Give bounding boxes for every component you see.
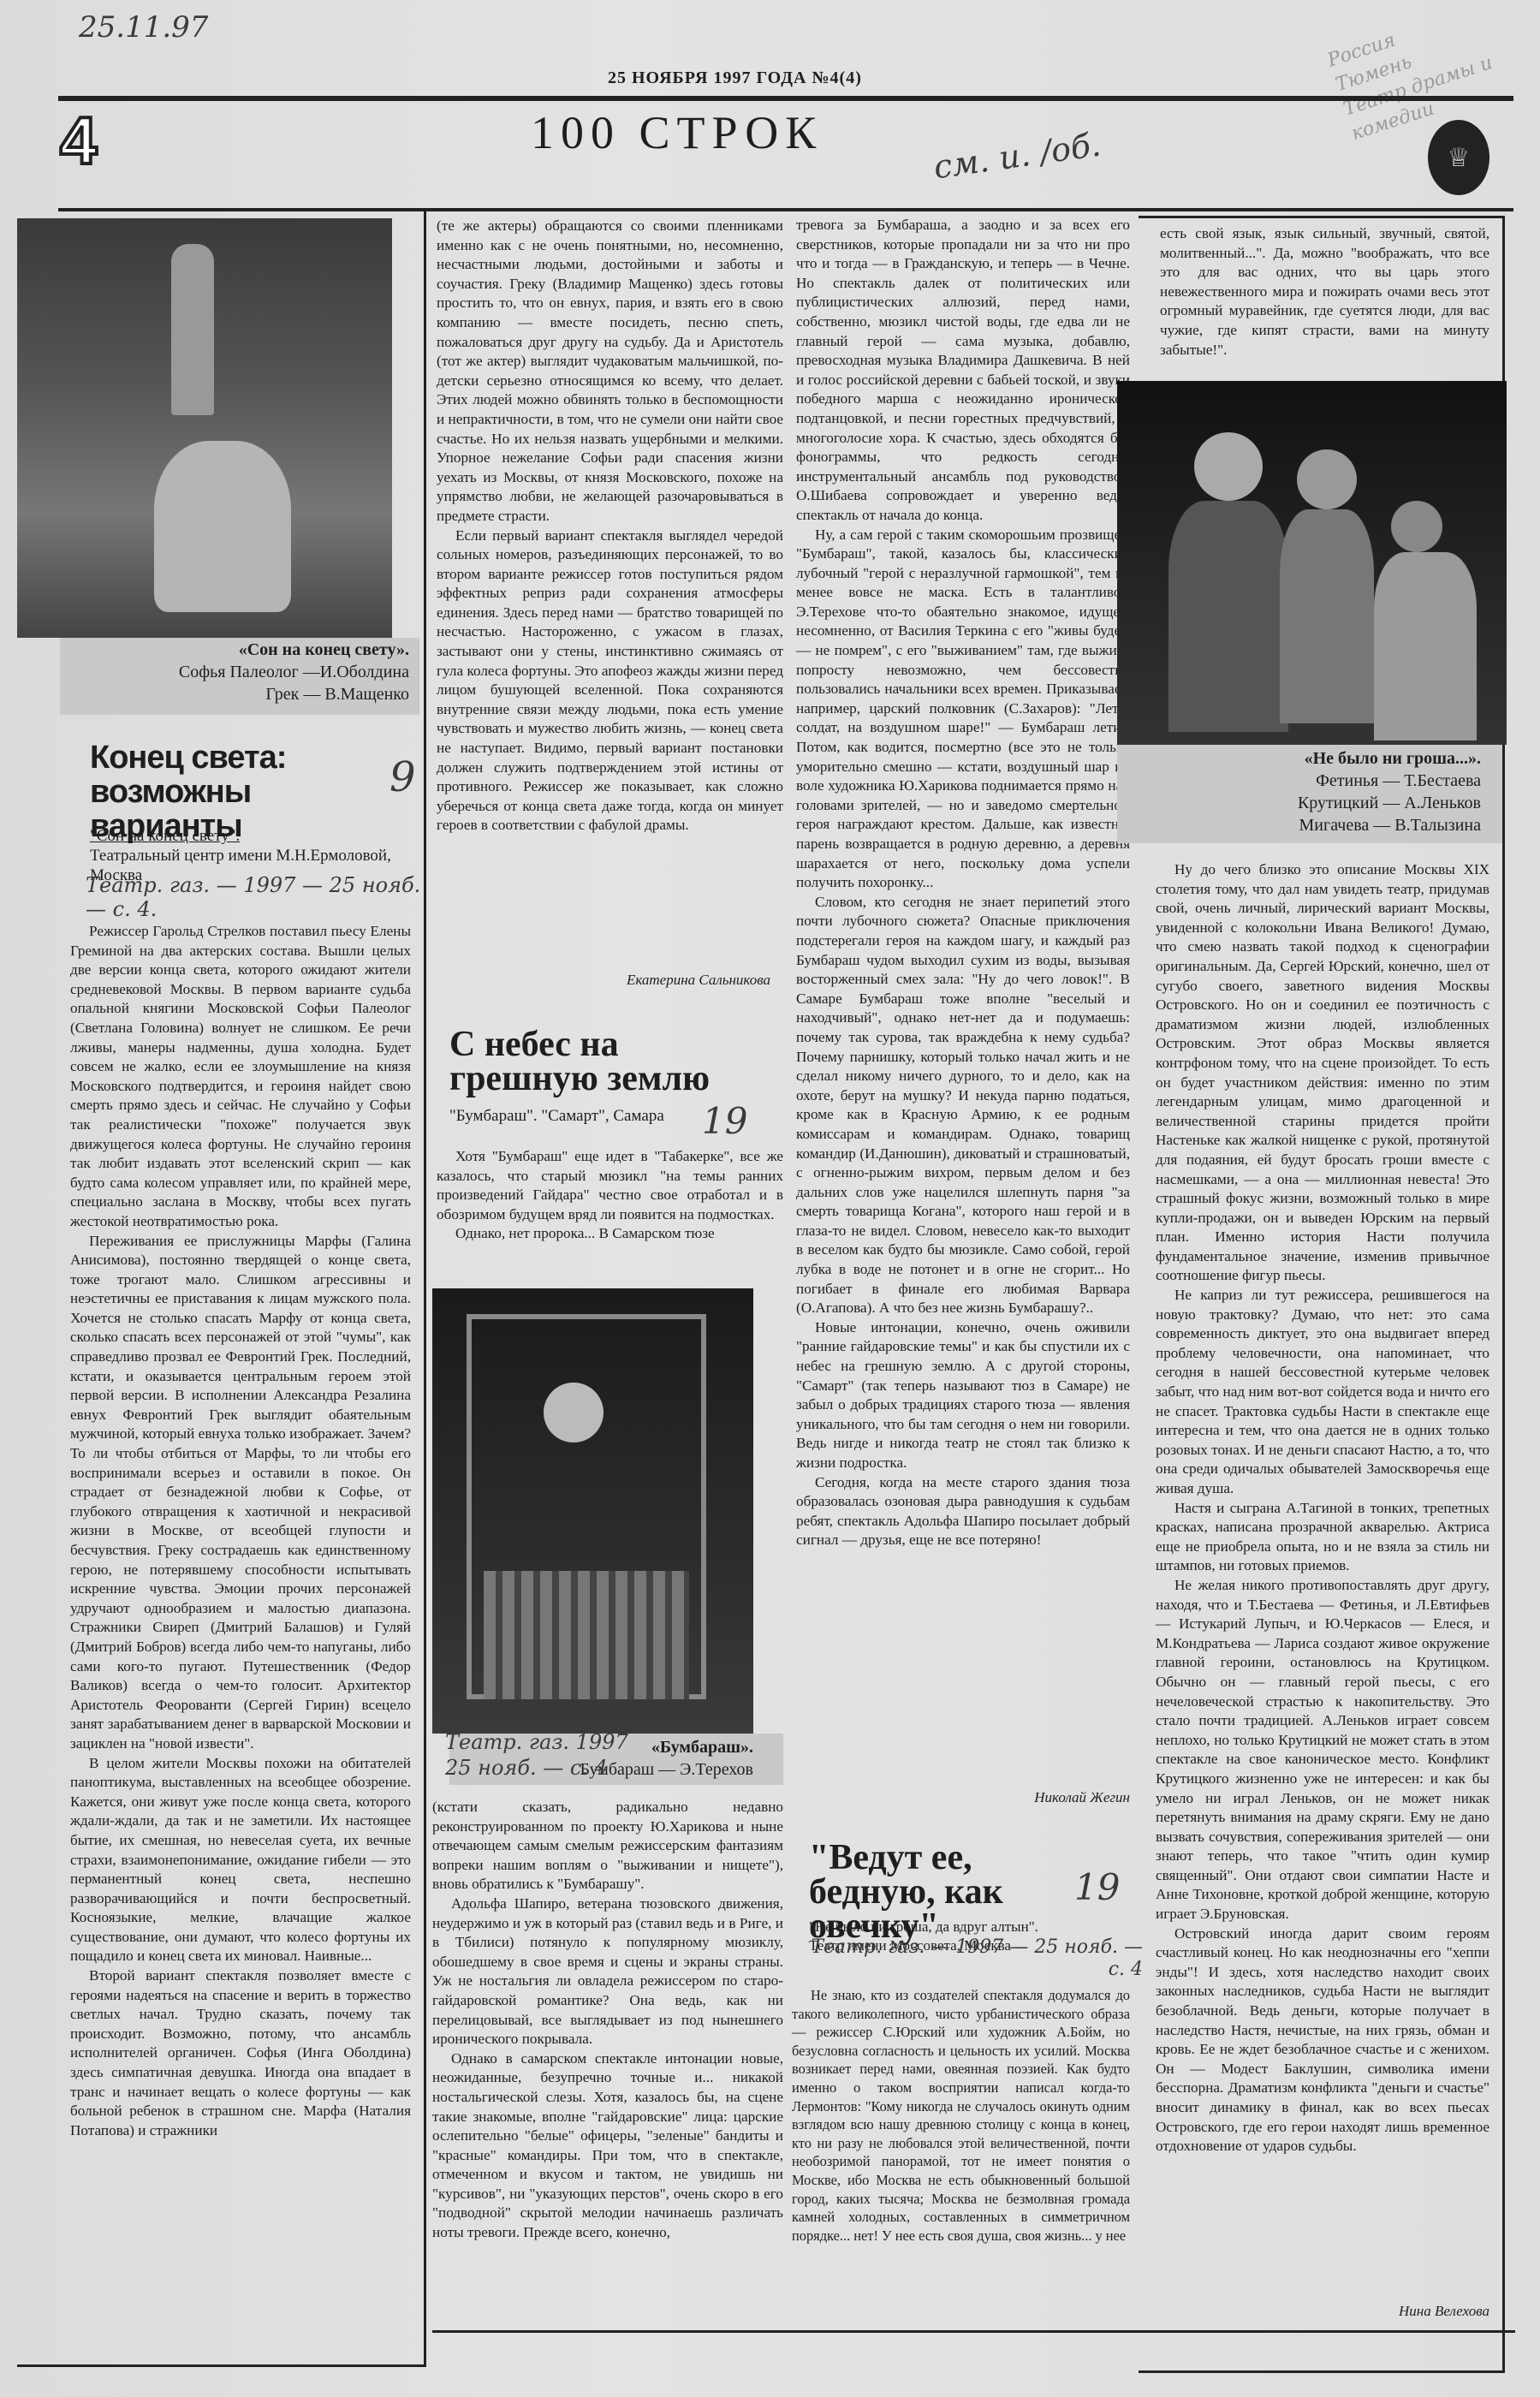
header-rule xyxy=(58,96,1513,101)
handwritten-corner-note: Россия Тюмень Театр драмы и комедии xyxy=(1324,0,1540,147)
article-body-col3: тревога за Бумбараша, а заодно и за всех… xyxy=(796,216,1130,1550)
theatre-mask-emblem-icon: ♕ xyxy=(1428,120,1489,195)
caption-line: Мигачева — В.Талызина xyxy=(1216,814,1481,836)
article-body-col1: Режиссер Гарольд Стрелков поставил пьесу… xyxy=(70,922,411,2352)
paragraph: Адольфа Шапиро, ветерана тюзовского движ… xyxy=(432,1894,783,2049)
author-byline: Нина Велехова xyxy=(1327,2303,1489,2320)
article-intro: Хотя "Бумбараш" еще идет в "Табакерке", … xyxy=(437,1147,783,1244)
caption-title: «Сон на конец свету». xyxy=(239,640,409,659)
play-title: "Не было ни гроша, да вдруг алтын". xyxy=(809,1918,1134,1936)
article-body-col2b: (кстати сказать, радикально недавно реко… xyxy=(432,1798,783,2243)
paragraph: Второй вариант спектакля позволяет вмест… xyxy=(70,1966,411,2140)
paragraph: Не знаю, кто из создателей спектакля дод… xyxy=(792,1986,1130,2245)
handwritten-note: см. и. /об. xyxy=(931,126,1103,187)
paragraph: Однако, нет пророка... В Самарском тюзе xyxy=(437,1224,783,1244)
article-body-col3b: Не знаю, кто из создателей спектакля дод… xyxy=(792,1986,1130,2245)
paragraph: В целом жители Москвы похожи на обитател… xyxy=(70,1754,411,1967)
paragraph: Переживания ее прислужницы Марфы (Галина… xyxy=(70,1232,411,1754)
paragraph: Если первый вариант спектакля выглядел ч… xyxy=(437,526,783,836)
caption-line: Софья Палеолог —И.Оболдина xyxy=(60,661,409,683)
handwritten-reference: Театр. газ. — 1997 — 25 нояб. — с. 4 xyxy=(800,1936,1143,1981)
author-byline: Екатерина Сальникова xyxy=(599,972,770,989)
handwritten-mark: 9 xyxy=(389,753,416,801)
article-body-col2: (те же актеры) обращаются со своими плен… xyxy=(437,217,783,987)
paragraph: Островский иногда дарит своим героям сча… xyxy=(1156,1924,1489,2156)
photo-son-na-konets-svetu xyxy=(17,218,392,638)
caption-line: Крутицкий — А.Леньков xyxy=(1216,792,1481,814)
newspaper-page: 25.11.97 Россия Тюмень Театр драмы и ком… xyxy=(0,0,1540,2397)
paragraph: есть свой язык, язык сильный, звучный, с… xyxy=(1160,224,1489,360)
paragraph: Режиссер Гарольд Стрелков поставил пьесу… xyxy=(70,922,411,1232)
issue-date-line: 25 НОЯБРЯ 1997 ГОДА №4(4) xyxy=(608,68,862,88)
handwritten-mark: 19 xyxy=(1074,1866,1120,1908)
paragraph: (кстати сказать, радикально недавно реко… xyxy=(432,1798,783,1894)
caption-line: Фетинья — Т.Бестаева xyxy=(1216,770,1481,792)
article-headline: С небес на грешную землю xyxy=(449,1027,758,1096)
paragraph: Новые интонации, конечно, очень оживили … xyxy=(796,1318,1130,1473)
article-meta: "Бумбараш". "Самарт", Самара xyxy=(449,1106,732,1126)
paragraph: Хотя "Бумбараш" еще идет в "Табакерке", … xyxy=(437,1147,783,1224)
article-body-col4b: Ну до чего близко это описание Москвы XI… xyxy=(1156,860,1489,2156)
theatre-name: Театральный центр имени М.Н.Ермоловой, xyxy=(90,846,415,865)
paragraph: Сегодня, когда на месте старого здания т… xyxy=(796,1473,1130,1550)
section-title: 100 СТРОК xyxy=(531,110,823,156)
paragraph: (те же актеры) обращаются со своими плен… xyxy=(437,217,783,526)
photo-bumbarash xyxy=(432,1288,753,1734)
author-byline: Николай Жегин xyxy=(967,1789,1130,1806)
caption-line: Грек — В.Мащенко xyxy=(60,683,409,705)
photo-caption: «Не было ни гроша...». Фетинья — Т.Беста… xyxy=(1216,747,1481,836)
caption-title: «Бумбараш». xyxy=(651,1738,753,1757)
paragraph: Ну до чего близко это описание Москвы XI… xyxy=(1156,860,1489,1286)
play-title: "Сон на конец свету". xyxy=(90,826,415,846)
photo-ne-bylo-ni-grosha xyxy=(1117,381,1507,745)
paragraph: Словом, кто сегодня не знает перипетий э… xyxy=(796,893,1130,1318)
photo-caption: «Сон на конец свету». Софья Палеолог —И.… xyxy=(60,639,409,705)
paragraph: Однако в самарском спектакле интонации н… xyxy=(432,2049,783,2243)
paragraph: Не каприз ли тут режиссера, решившегося … xyxy=(1156,1286,1489,1499)
paragraph: Ну, а сам герой с таким скоморошьим проз… xyxy=(796,526,1130,893)
article-body-col4a: есть свой язык, язык сильный, звучный, с… xyxy=(1160,224,1489,360)
handwritten-reference: Театр. газ. — 1997 — 25 нояб. — с. 4. xyxy=(86,873,428,921)
caption-title: «Не было ни гроша...». xyxy=(1305,749,1481,768)
paragraph: Настя и сыграна А.Тагиной в тонких, треп… xyxy=(1156,1499,1489,1576)
paragraph: Не желая никого противопоставлять друг д… xyxy=(1156,1576,1489,1924)
handwritten-reference: Театр. газ. 1997 25 нояб. — с. 4 xyxy=(445,1729,633,1781)
handwritten-date: 25.11.97 xyxy=(79,10,208,45)
paragraph: тревога за Бумбараша, а заодно и за всех… xyxy=(796,216,1130,526)
page-number: 4 xyxy=(60,107,97,174)
